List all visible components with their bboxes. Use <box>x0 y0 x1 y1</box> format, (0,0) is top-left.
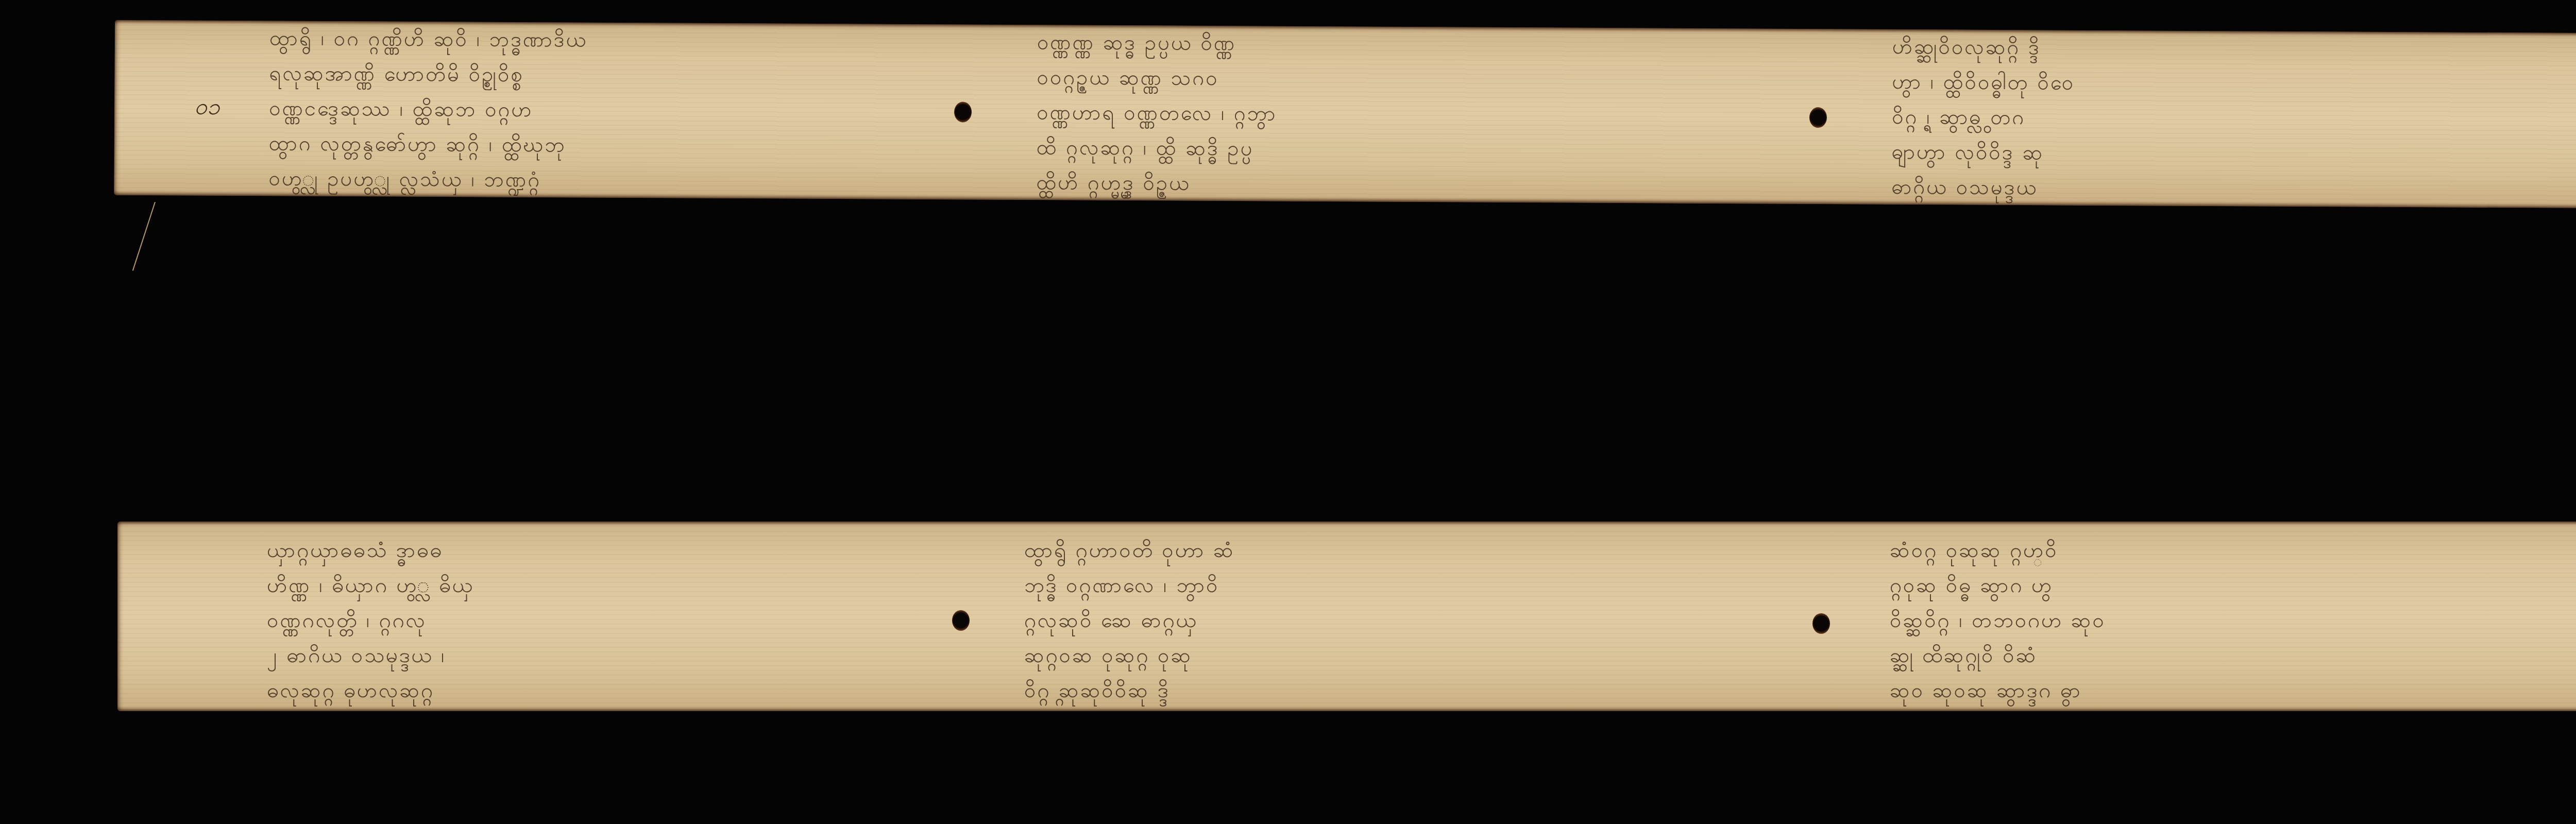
text-line: ဂ္ဂဝုဆု ဝိဓ္ဓ ဆွာဂ ဟွ <box>1890 568 2508 603</box>
text-line: ဝဏ္ဏဏ္ဏ ဆုဒ္ဓ ဥပ္ပယ ဝိဏ္ဏ <box>1037 25 1784 64</box>
text-line: ဝဟွ္လု ဥပဟွ္လု လ္လသံယှ ၊ ဘဏ္ဍဂ္ဂံ <box>268 161 938 199</box>
text-line: ဓျာဟွာ လုဝိဝိဒ္ဒ ဆု <box>1891 134 2458 173</box>
text-line: ဆုဝ ဆုဝဆု ဆွာဒ္ဒဂ ဓွာ <box>1890 673 2508 708</box>
text-line: ဝဏ္ဏဟာရ ဝဏ္ဏတလေ ၊ ဂ္ဂဘွာ <box>1037 95 1784 134</box>
text-column-1: ယှာဂ္ဂယှာဓဓသံ ဒ္ဓာဓဓ ဟိဏ္ဏ ၊ ဓိယှာဂ ဟွ္လ… <box>267 533 937 708</box>
text-line: ထိ ဂ္ဂလုဆုဂ္ဂ ၊ ထ္ထိ ဆုဒ္ဓိ ဥပ္ပ <box>1036 130 1783 169</box>
text-line: ဆ္ဆု ထိဆုဂ္ဂုဝိ ဝိဆံ <box>1890 638 2508 673</box>
text-line: ထွာရွိ ၊ ဝဂ ဂ္ဂဏ္ဏိဟိ ဆုဝိ ၊ ဘုဒ္ဓဏာဒိယ <box>269 21 939 59</box>
text-line: ဝဏ္ဏဂလုတ္တိ ၊ ဂ္ဂဂလု <box>267 603 937 638</box>
text-line: ထွာဂ လုတ္တနွဓော်ဟွာ ဆုဂ္ဂိ ၊ ထ္ထိဃုဘု <box>268 126 938 164</box>
text-line: ဝိဂ္ဂ္ဂ ဆုဆုဝိဝိဆု ဒ္ဒိ <box>1024 673 1787 708</box>
loose-fiber <box>132 202 156 271</box>
text-line: ဆုဂ္ဂဝဆ ဝုဆုဂ္ဂ ဝုဆု <box>1024 638 1787 673</box>
text-line: ဘုဒ္ဓိ ဝဂ္ဂဏာလေ ၊ ဘွာဝိ <box>1024 568 1787 603</box>
string-hole-right <box>1809 107 1827 128</box>
text-line: ၂ ဓာဂိယ ဝသမုဒ္ဒယ ၊ <box>267 638 937 673</box>
text-line: ဓာဂ္ဂိယ ဝသမုဒ္ဒယ <box>1891 170 2458 208</box>
text-line: ထွာရွိ ဂ္ဂဟာဝတိ ဝုဟာ ဆံ <box>1024 533 1787 568</box>
text-line: ဆံဝဂ္ဂ ဝုဆုဆု ဂ္ဂဟ္ဝိ <box>1890 533 2508 568</box>
text-line: ရလုဆုအာဏ္ဏိ ဟောတိမိ ဝိဉ္စုဝိစ္စ <box>269 56 939 94</box>
text-line: ဝဏ္ဏငဒ္ဒေဆုဿ ၊ ထ္ထိဆုဘ ဝဂ္ဂဟ <box>269 91 939 129</box>
string-hole-left <box>954 102 972 122</box>
text-line: ဓလုဆုဂ္ဂ ဓုဟလုဆုဂ္ဂ <box>267 673 937 708</box>
leaf-number-label: ဝ၁ <box>194 93 220 126</box>
text-line: ဟွာ ၊ ထ္ထိဝိဝဓ္ဓါတု ဝိဝေ <box>1892 64 2459 103</box>
text-column-3: ဆံဝဂ္ဂ ဝုဆုဆု ဂ္ဂဟ္ဝိ ဂ္ဂဝုဆု ဝိဓ္ဓ ဆွာဂ… <box>1890 533 2508 708</box>
text-line: ယှာဂ္ဂယှာဓဓသံ ဒ္ဓာဓဓ <box>267 533 937 568</box>
string-hole-left <box>952 610 970 631</box>
palm-leaf-bottom: ယှာဂ္ဂယှာဓဓသံ ဒ္ဓာဓဓ ဟိဏ္ဏ ၊ ဓိယှာဂ ဟွ္လ… <box>117 522 2576 711</box>
text-column-3: ဟိဆ္ဆုဝိဝလုဆုဂ္ဂိ ဒ္ဒိ ဟွာ ၊ ထ္ထိဝိဝဓ္ဓါ… <box>1891 29 2459 208</box>
text-column-1: ထွာရွိ ၊ ဝဂ ဂ္ဂဏ္ဏိဟိ ဆုဝိ ၊ ဘုဒ္ဓဏာဒိယ … <box>268 21 939 199</box>
text-line: ဂ္ဂလုဆုဝိ ဆေ ဓာဂ္ဂယှ <box>1024 603 1787 638</box>
text-line: ဟိဆ္ဆုဝိဝလုဆုဂ္ဂိ ဒ္ဒိ <box>1892 29 2459 68</box>
text-line: ဟိဏ္ဏ ၊ ဓိယှာဂ ဟွ္လ ဓိယှ <box>267 568 937 603</box>
text-line: ဝိဆ္ဆဝိဂ္ဂ ၊ ဝာဘဝဂဟ ဆုဝ <box>1890 603 2508 638</box>
string-hole-right <box>1812 613 1830 634</box>
text-line: ထ္ထိဟိ ဂ္ဂဟ္မ္မဒ္ဒ ဝိဥ္ဇယ <box>1036 165 1783 204</box>
text-column-2: ဝဏ္ဏဏ္ဏ ဆုဒ္ဓ ဥပ္ပယ ဝိဏ္ဏ ဝဝဂ္ဂဥ္ဇယ ဆုဏ္… <box>1036 25 1784 204</box>
text-column-2: ထွာရွိ ဂ္ဂဟာဝတိ ဝုဟာ ဆံ ဘုဒ္ဓိ ဝဂ္ဂဏာလေ … <box>1024 533 1787 708</box>
text-line: ဝဝဂ္ဂဥ္ဇယ ဆုဏ္ဏ သဂဝ <box>1037 60 1784 99</box>
text-line: ဝိဂ္ဂ္ရ ၊ ဆွာဓ္လွ တဂ <box>1892 99 2459 138</box>
palm-leaf-top: ဝ၁ ထွာရွိ ၊ ဝဂ ဂ္ဂဏ္ဏိဟိ ဆုဝိ ၊ ဘုဒ္ဓဏာဒ… <box>114 20 2576 209</box>
